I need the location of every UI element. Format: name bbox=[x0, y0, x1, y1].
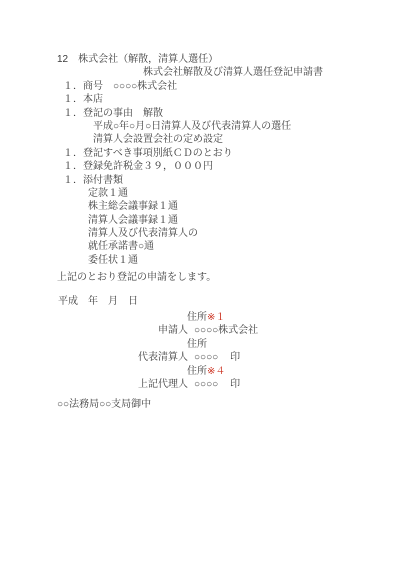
applicant-role-label: 申請人 bbox=[57, 324, 188, 337]
address-label: 住所 bbox=[187, 339, 207, 350]
document-page: 12 株式会社（解散，清算人選任） 株式会社解散及び清算人選任登記申請書 １．商… bbox=[0, 0, 410, 580]
signature-block: 住所※１ 申請人○○○○株式会社 住所 代表清算人○○○○印 住所※４ 上記代理… bbox=[57, 311, 390, 391]
applicant-row: 申請人○○○○株式会社 bbox=[57, 324, 390, 337]
attachment-acceptance-line-2: 就任承諾書○通 bbox=[88, 240, 390, 253]
address-note-4: ※４ bbox=[207, 366, 225, 377]
attachment-power-of-attorney: 委任状１通 bbox=[88, 254, 390, 267]
address-note-1: ※１ bbox=[207, 312, 225, 323]
item-head-office: １．本店 bbox=[63, 93, 390, 106]
attachment-liquidators-board-minutes: 清算人会議事録１通 bbox=[88, 214, 390, 227]
liquidator-address-line: 住所 bbox=[187, 338, 390, 351]
statement-line: 上記のとおり登記の申請をします。 bbox=[57, 271, 390, 284]
attachment-shareholders-meeting-minutes: 株主総会議事録１通 bbox=[88, 200, 390, 213]
agent-seal: 印 bbox=[230, 379, 240, 390]
attachment-articles: 定款１通 bbox=[88, 187, 390, 200]
agent-role-label: 上記代理人 bbox=[57, 378, 188, 391]
attachment-acceptance-line-1: 清算人及び代表清算人の bbox=[88, 227, 390, 240]
address-label: 住所 bbox=[187, 366, 207, 377]
applicant-name: ○○○○株式会社 bbox=[194, 325, 258, 336]
liquidator-row: 代表清算人○○○○印 bbox=[57, 351, 390, 364]
item-matters-to-register: １．登記すべき事項別紙ＣＤのとおり bbox=[63, 147, 390, 160]
liquidator-name: ○○○○ bbox=[194, 352, 218, 363]
item-attachments-header: １．添付書類 bbox=[63, 174, 390, 187]
agent-row: 上記代理人○○○○印 bbox=[57, 378, 390, 391]
date-line: 平成 年 月 日 bbox=[58, 295, 390, 308]
applicant-address-line: 住所※１ bbox=[187, 311, 390, 324]
document-title: 株式会社解散及び清算人選任登記申請書 bbox=[143, 66, 390, 79]
addressee-line: ○○法務局○○支局御中 bbox=[57, 398, 390, 411]
item-registration-tax: １．登録免許税金３９，０００円 bbox=[63, 160, 390, 173]
document-index-line: 12 株式会社（解散，清算人選任） bbox=[57, 53, 390, 66]
liquidator-role-label: 代表清算人 bbox=[57, 351, 188, 364]
item-registration-cause: １．登記の事由 解散 bbox=[63, 107, 390, 120]
address-label: 住所 bbox=[187, 312, 207, 323]
liquidator-seal: 印 bbox=[230, 352, 240, 363]
item-liquidators-board-provision: 清算人会設置会社の定め設定 bbox=[93, 133, 390, 146]
item-trade-name: １．商号 ○○○○株式会社 bbox=[63, 80, 390, 93]
agent-name: ○○○○ bbox=[194, 379, 218, 390]
item-cause-date: 平成○年○月○日清算人及び代表清算人の選任 bbox=[93, 120, 390, 133]
agent-address-line: 住所※４ bbox=[187, 365, 390, 378]
